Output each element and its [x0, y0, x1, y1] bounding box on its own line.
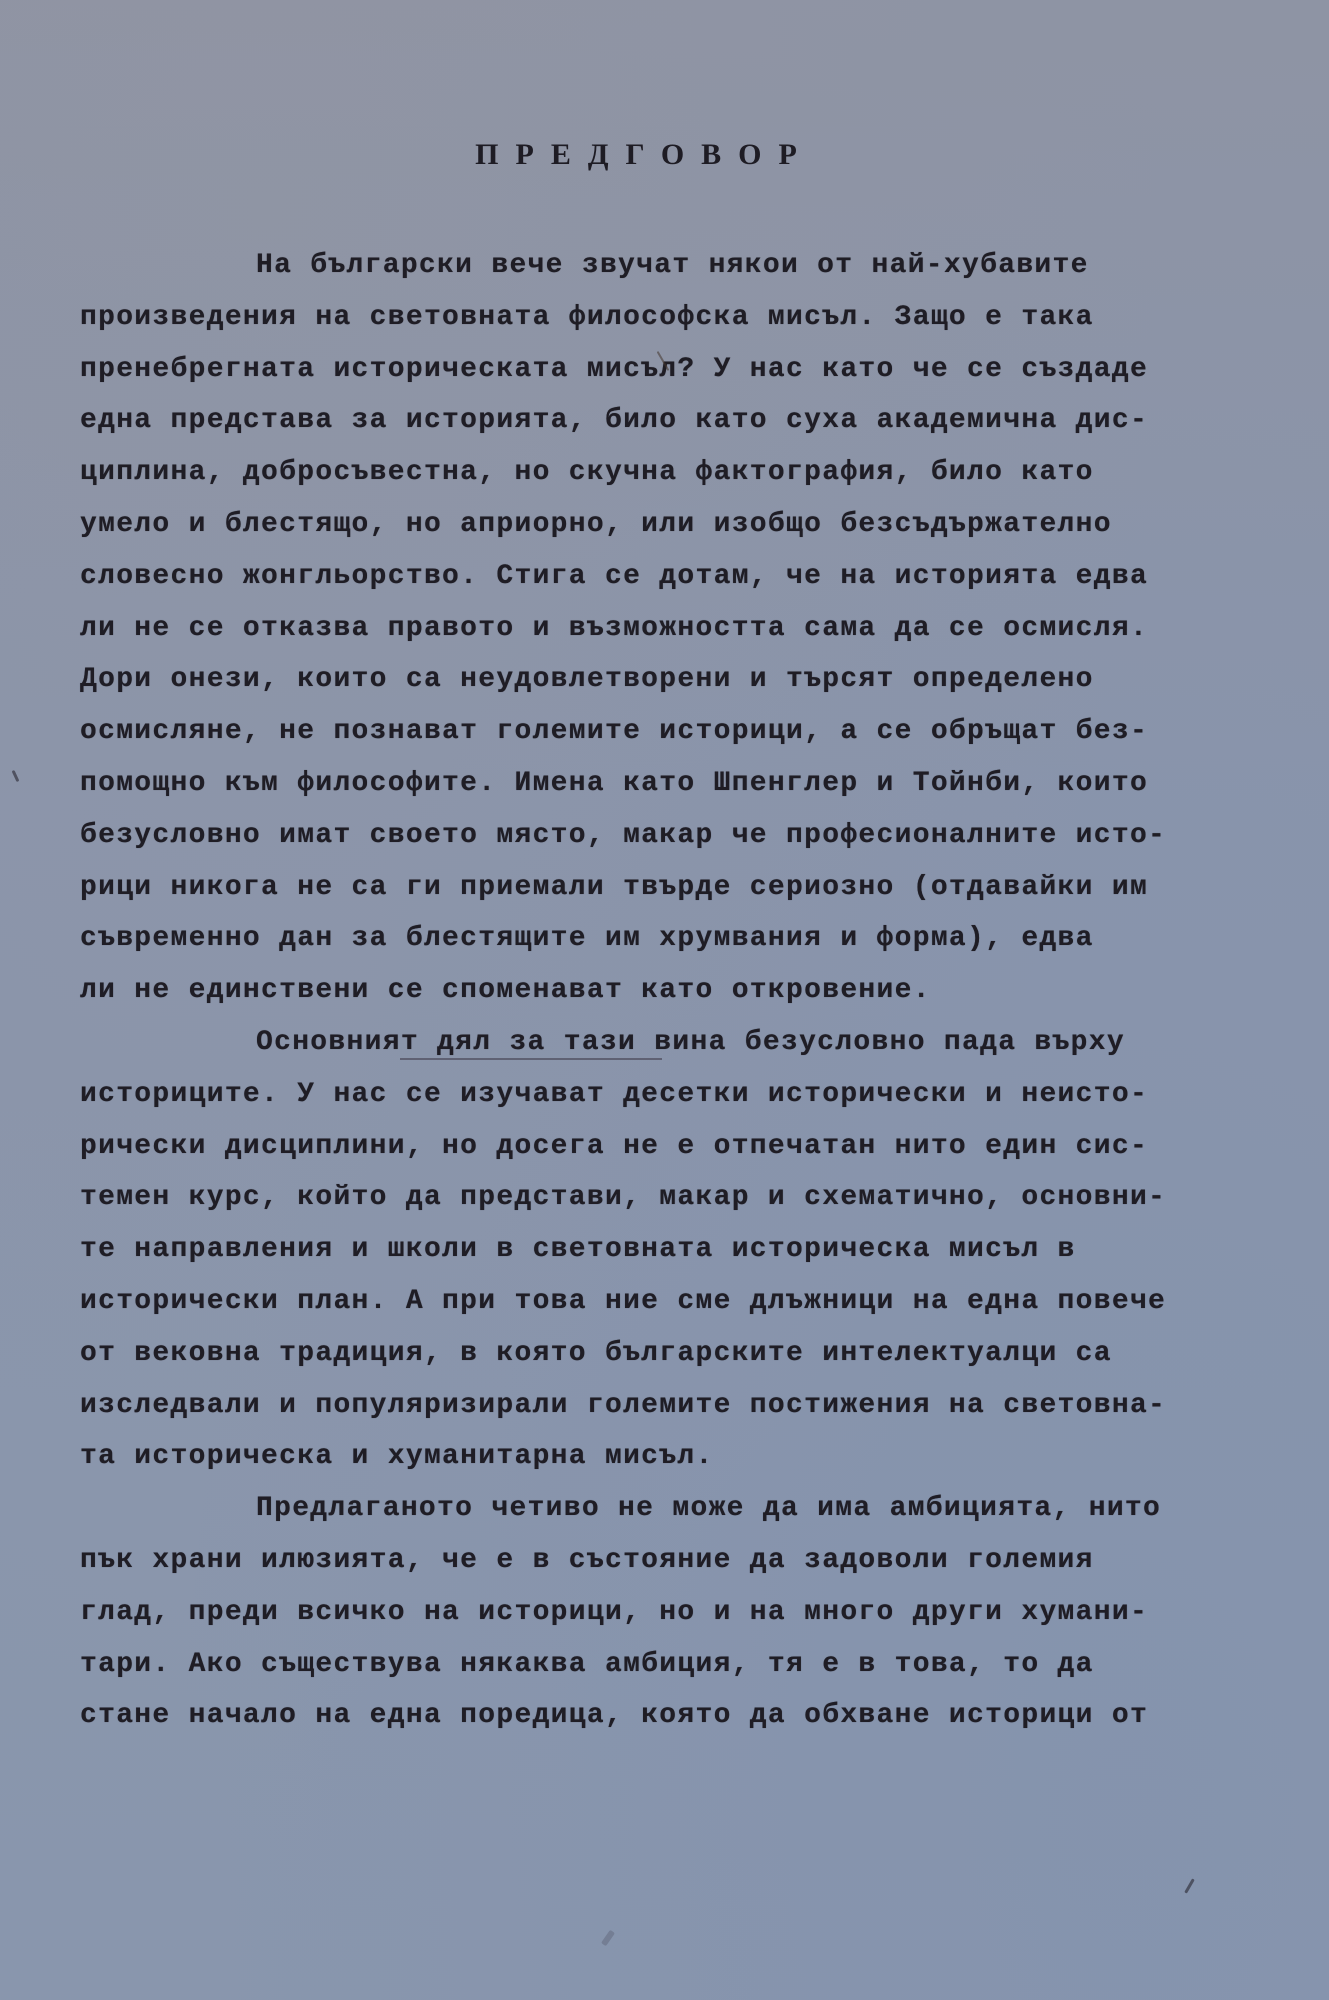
text-line: ли не единствени се споменават като откр…	[80, 965, 1260, 1017]
text-line: ли не се отказва правото и възможността …	[80, 603, 1260, 655]
text-line: помощно към философите. Имена като Шпенг…	[80, 758, 1260, 810]
text-line: рически дисциплини, но досега не е отпеч…	[80, 1121, 1260, 1173]
text-line: пък храни илюзията, че е в състояние да …	[80, 1535, 1260, 1587]
preface-body: На български вече звучат някои от най-ху…	[80, 240, 1260, 1742]
text-line: стане начало на една поредица, която да …	[80, 1690, 1260, 1742]
text-line: тари. Ако съществува някаква амбиция, тя…	[80, 1639, 1260, 1691]
text-line: словесно жонгльорство. Стига се дотам, ч…	[80, 551, 1260, 603]
text-line: осмисляне, не познават големите историци…	[80, 706, 1260, 758]
paper-speck	[1184, 1878, 1195, 1893]
text-line: съвременно дан за блестящите им хрумвани…	[80, 913, 1260, 965]
text-line: изследвали и популяризирали големите пос…	[80, 1380, 1260, 1432]
text-line: рици никога не са ги приемали твърде сер…	[80, 862, 1260, 914]
text-line: исторически план. А при това ние сме длъ…	[80, 1276, 1260, 1328]
text-line: циплина, добросъвестна, но скучна фактог…	[80, 447, 1260, 499]
text-line: една представа за историята, било като с…	[80, 395, 1260, 447]
text-line: от вековна традиция, в която българските…	[80, 1328, 1260, 1380]
paragraph-first-line: Основният дял за тази вина безусловно па…	[80, 1017, 1260, 1069]
text-line: Дори онези, които са неудовлетворени и т…	[80, 654, 1260, 706]
typewritten-page: ПРЕДГОВОР На български вече звучат някои…	[0, 0, 1329, 2000]
text-line: те направления и школи в световната исто…	[80, 1224, 1260, 1276]
text-line: та историческа и хуманитарна мисъл.	[80, 1431, 1260, 1483]
pencil-underline	[400, 1058, 662, 1060]
text-line: умело и блестящо, но априорно, или изобщ…	[80, 499, 1260, 551]
paper-speck	[12, 770, 20, 782]
text-line: произведения на световната философска ми…	[80, 292, 1260, 344]
paragraph-first-line: Предлаганото четиво не може да има амбиц…	[80, 1483, 1260, 1535]
text-line: историците. У нас се изучават десетки ис…	[80, 1069, 1260, 1121]
paragraph-first-line: На български вече звучат някои от най-ху…	[80, 240, 1260, 292]
text-line: пренебрегната историческата мисъл? У нас…	[80, 344, 1260, 396]
page-title: ПРЕДГОВОР	[0, 138, 1329, 172]
paper-speck	[601, 1930, 615, 1947]
text-line: безусловно имат своето място, макар че п…	[80, 810, 1260, 862]
text-line: глад, преди всичко на историци, но и на …	[80, 1587, 1260, 1639]
text-line: темен курс, който да представи, макар и …	[80, 1172, 1260, 1224]
